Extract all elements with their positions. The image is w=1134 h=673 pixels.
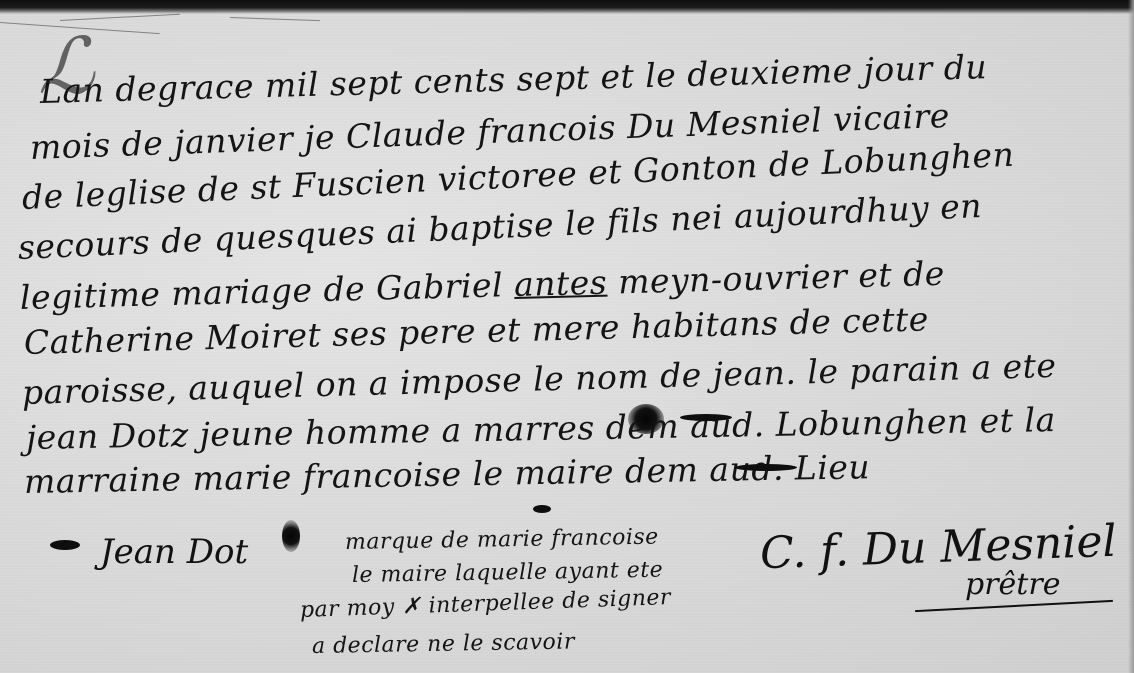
paper-crack bbox=[60, 14, 180, 21]
priest-signature: C. f. Du Mesniel bbox=[759, 516, 1117, 579]
manuscript-page: ℒ Lan degrace mil sept cents sept et le … bbox=[0, 0, 1134, 673]
ink-blot bbox=[628, 404, 664, 434]
paper-crack bbox=[230, 17, 320, 21]
text-line-9: marraine marie francoise le maire dem au… bbox=[24, 447, 871, 501]
underlined-surname: antes bbox=[514, 263, 608, 304]
witness-note-line-1: marque de marie francoise bbox=[345, 525, 659, 555]
torn-top-edge bbox=[0, 0, 1134, 14]
ink-stroke bbox=[735, 464, 797, 471]
witness-note-line-4: a declare ne le scavoir bbox=[312, 629, 575, 659]
ink-stroke bbox=[533, 505, 551, 513]
witness-note-line-3: par moy ✗ interpellee de signer bbox=[300, 585, 672, 623]
witness-note-line-2: le maire laquelle ayant ete bbox=[352, 558, 664, 588]
text-line-8: jean Dotz jeune homme a marres dem aud. … bbox=[26, 400, 1056, 457]
ink-blot bbox=[282, 520, 300, 552]
ink-stroke bbox=[680, 414, 732, 421]
ink-stroke bbox=[50, 540, 80, 550]
page-right-edge bbox=[1128, 0, 1134, 673]
signature-title: prêtre bbox=[965, 567, 1060, 602]
margin-note: Jean Dot bbox=[100, 532, 248, 572]
